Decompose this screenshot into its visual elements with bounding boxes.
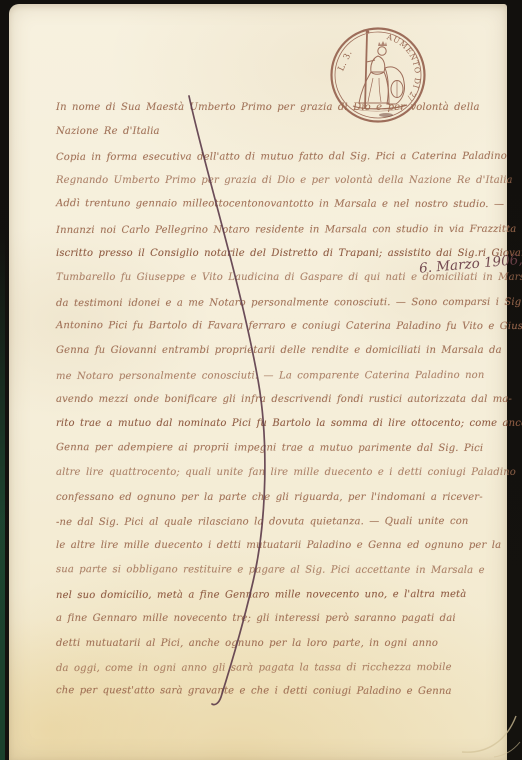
manuscript-line: nel suo domicilio, metà a fine Gennaro m…	[56, 583, 458, 608]
manuscript-line: -ne dal Sig. Pici al quale rilasciano la…	[56, 510, 458, 535]
manuscript-line: Genna fu Giovanni entrambi proprietarii …	[56, 339, 458, 363]
scan-edge-artifact	[0, 228, 5, 760]
manuscript-line: a fine Gennaro mille novecento tre; gli …	[56, 607, 458, 631]
manuscript-line: sua parte si obbligano restituire e paga…	[56, 558, 458, 583]
stamp-denomination-label: L. 3.	[336, 49, 354, 73]
manuscript-line: In nome di Sua Maestà Umberto Primo per …	[56, 96, 458, 120]
manuscript-line: confessano ed ognuno per la parte che gl…	[56, 486, 458, 510]
manuscript-line: le altre lire mille duecento i detti mut…	[56, 534, 458, 558]
manuscript-line: Nazione Re d'Italia	[56, 120, 458, 144]
manuscript-line: me Notaro personalmente conosciuti. — La…	[56, 364, 458, 389]
manuscript-line: iscritto presso il Consiglio notarile de…	[56, 242, 458, 266]
manuscript-line: da oggi, come in ogni anno gli sarà paga…	[56, 656, 458, 681]
manuscript-line: da testimoni idonei e a me Notaro person…	[56, 291, 458, 316]
manuscript-line: Tumbarello fu Giuseppe e Vito Laudicina …	[56, 266, 458, 290]
manuscript-line: Antonino Pici fu Bartolo di Favara ferra…	[56, 314, 458, 339]
manuscript-line: avendo mezzi onde bonificare gli infra d…	[56, 388, 458, 412]
manuscript-line: rito trae a mutuo dal nominato Pici fu B…	[56, 412, 458, 436]
manuscript-line: Regnando Umberto Primo per grazia di Dio…	[56, 169, 458, 193]
manuscript-line: Genna per adempiere ai proprii impegni t…	[56, 436, 458, 461]
manuscript-line: detti mutuatarii al Pici, anche ognuno p…	[56, 632, 458, 656]
manuscript-line: che per quest'atto sarà gravante e che i…	[56, 679, 458, 704]
manuscript-line: Addì trentuno gennaio milleottocentonova…	[56, 192, 458, 217]
manuscript-line: Innanzi noi Carlo Pellegrino Notaro resi…	[56, 218, 458, 243]
manuscript-line: Copia in forma esecutiva dell'atto di mu…	[56, 145, 458, 170]
manuscript-text: In nome di Sua Maestà Umberto Primo per …	[56, 96, 458, 705]
manuscript-line: altre lire quattrocento; quali unite fan…	[56, 461, 458, 485]
scanned-document-view: AUMENTO DI 2/10 L. 3. In nome di Sua Mae…	[0, 0, 522, 760]
